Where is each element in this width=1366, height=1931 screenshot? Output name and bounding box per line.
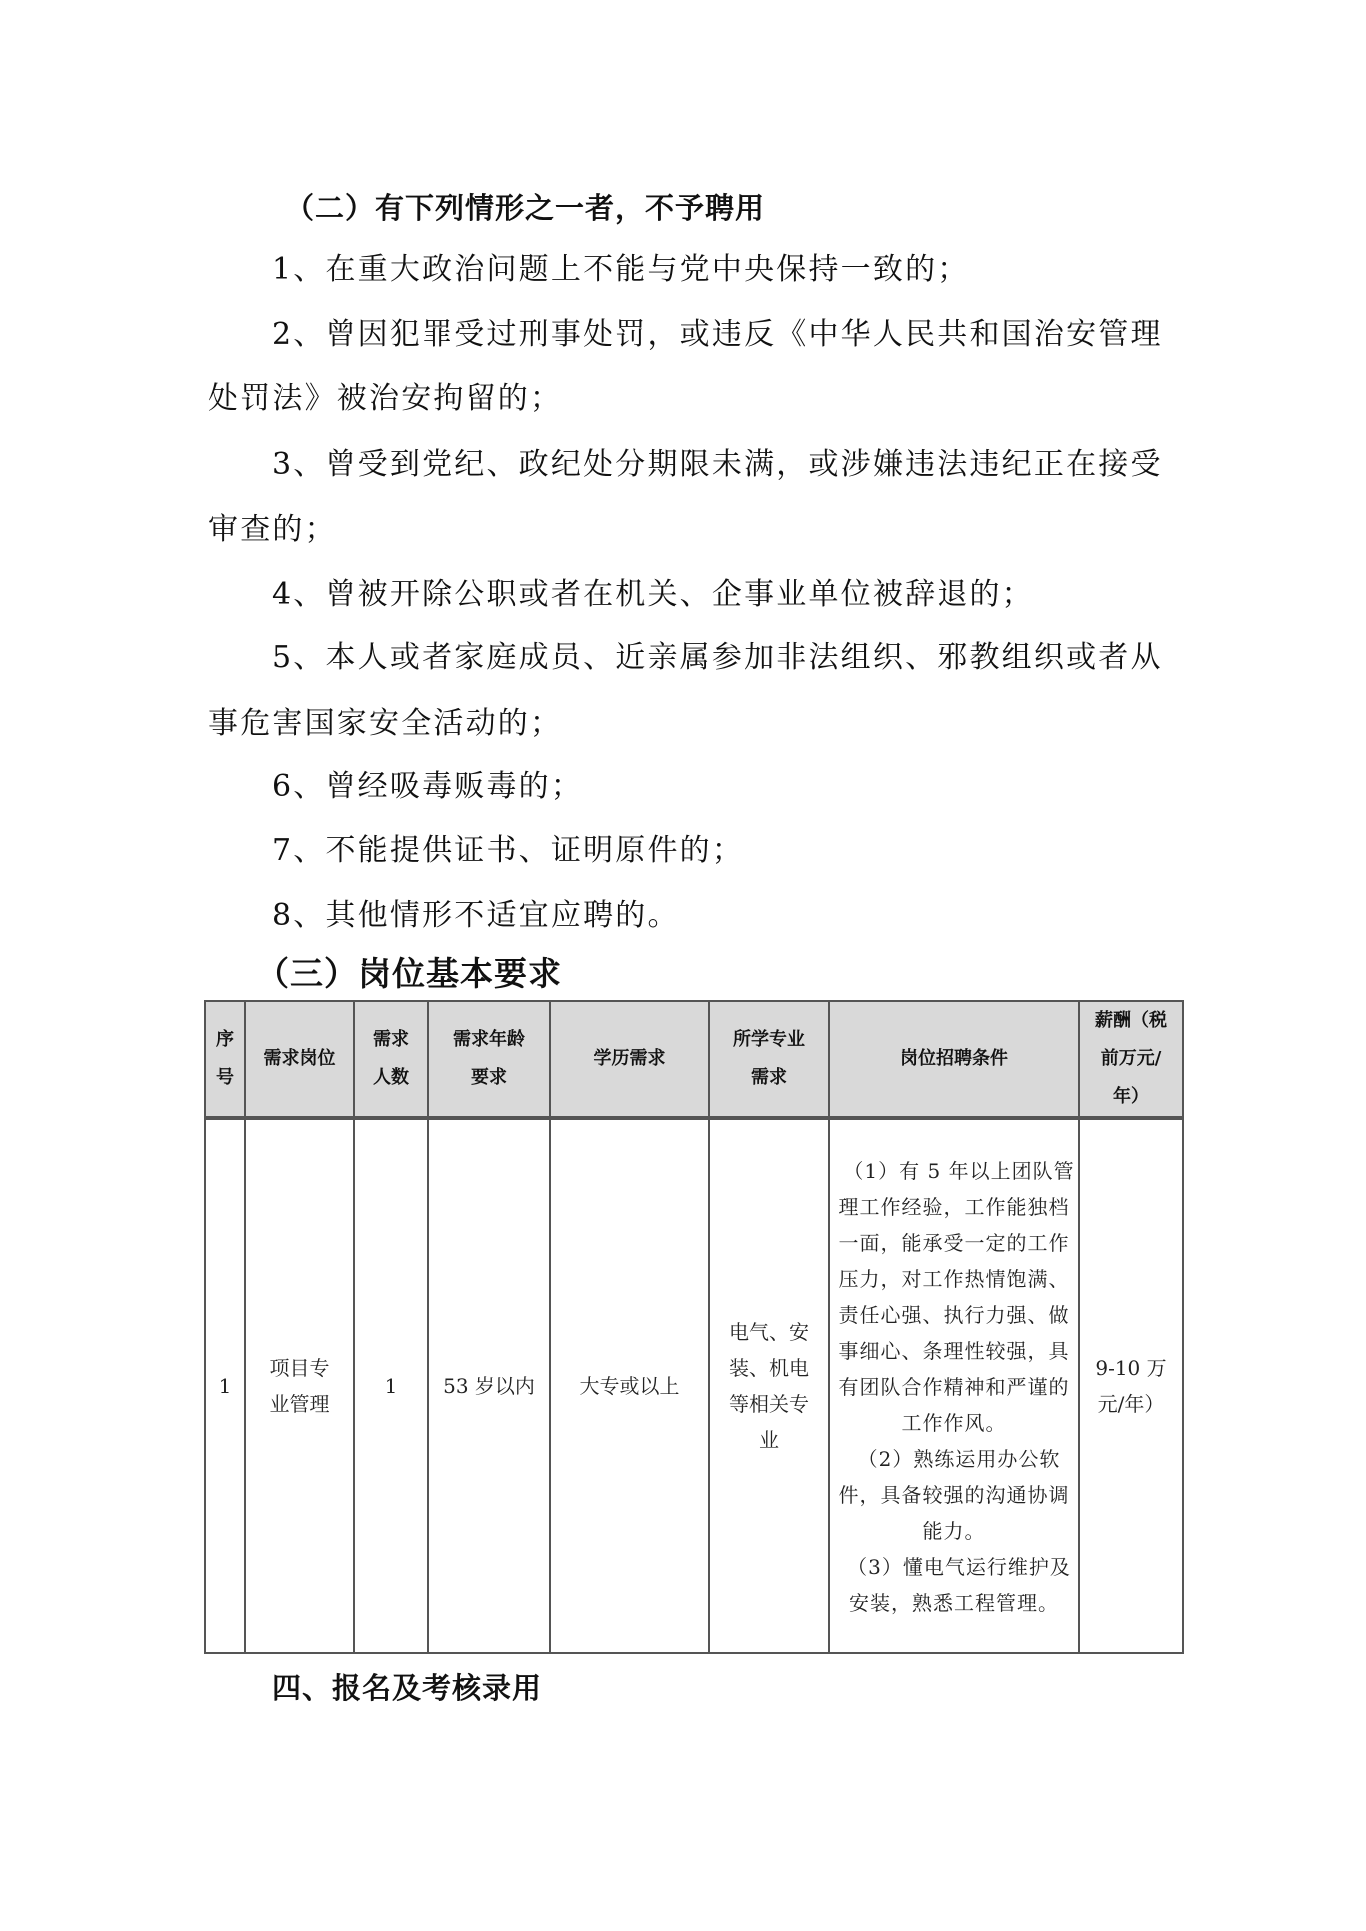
disqualify-item-4: 4、曾被开除公职或者在机关、企事业单位被辞退的； — [272, 575, 1034, 615]
col-header-major: 所学专业需求 — [709, 1001, 829, 1118]
cell-education: 大专或以上 — [550, 1118, 709, 1653]
condition-3: （3）懂电气运行维护及安装，熟悉工程管理。 — [830, 1549, 1078, 1621]
disqualify-item-8: 8、其他情形不适宜应聘的。 — [272, 896, 680, 936]
section-four-heading: 四、报名及考核录用 — [272, 1668, 542, 1708]
disqualify-item-1: 1、在重大政治问题上不能与党中央保持一致的； — [272, 250, 970, 290]
disqualify-item-5: 5、本人或者家庭成员、近亲属参加非法组织、邪教组织或者从 — [272, 638, 1163, 678]
requirements-table: 序号 需求岗位 需求人数 需求年龄要求 学历需求 所学专业需求 岗位招聘条件 薪… — [204, 1000, 1184, 1654]
cell-position: 项目专业管理 — [245, 1118, 354, 1653]
col-header-position: 需求岗位 — [245, 1001, 354, 1118]
disqualify-item-3-cont: 审查的； — [208, 510, 337, 550]
table-header-row: 序号 需求岗位 需求人数 需求年龄要求 学历需求 所学专业需求 岗位招聘条件 薪… — [205, 1001, 1183, 1118]
condition-1: （1）有 5 年以上团队管理工作经验，工作能独档一面，能承受一定的工作压力，对工… — [830, 1153, 1078, 1441]
cell-age: 53 岁以内 — [428, 1118, 550, 1653]
disqualify-item-5-cont: 事危害国家安全活动的； — [208, 704, 562, 744]
col-header-education: 学历需求 — [550, 1001, 709, 1118]
disqualify-item-3: 3、曾受到党纪、政纪处分期限未满，或涉嫌违法违纪正在接受 — [272, 445, 1163, 485]
condition-2: （2）熟练运用办公软件，具备较强的沟通协调能力。 — [830, 1441, 1078, 1549]
disqualify-heading: （二）有下列情形之一者，不予聘用 — [285, 188, 765, 228]
disqualify-item-2-cont: 处罚法》被治安拘留的； — [208, 379, 562, 419]
col-header-index: 序号 — [205, 1001, 245, 1118]
cell-conditions: （1）有 5 年以上团队管理工作经验，工作能独档一面，能承受一定的工作压力，对工… — [829, 1118, 1079, 1653]
disqualify-item-6: 6、曾经吸毒贩毒的； — [272, 767, 583, 807]
col-header-age: 需求年龄要求 — [428, 1001, 550, 1118]
disqualify-item-2: 2、曾因犯罪受过刑事处罚，或违反《中华人民共和国治安管理 — [272, 315, 1163, 355]
requirements-heading: （三）岗位基本要求 — [256, 954, 562, 994]
disqualify-item-7: 7、不能提供证书、证明原件的； — [272, 831, 744, 871]
cell-count: 1 — [354, 1118, 428, 1653]
col-header-conditions: 岗位招聘条件 — [829, 1001, 1079, 1118]
col-header-count: 需求人数 — [354, 1001, 428, 1118]
col-header-salary: 薪酬（税前万元/年） — [1079, 1001, 1183, 1118]
cell-salary: 9-10 万元/年） — [1079, 1118, 1183, 1653]
table-row: 1 项目专业管理 1 53 岁以内 大专或以上 电气、安装、机电等相关专业 （1… — [205, 1118, 1183, 1653]
cell-index: 1 — [205, 1118, 245, 1653]
cell-major: 电气、安装、机电等相关专业 — [709, 1118, 829, 1653]
